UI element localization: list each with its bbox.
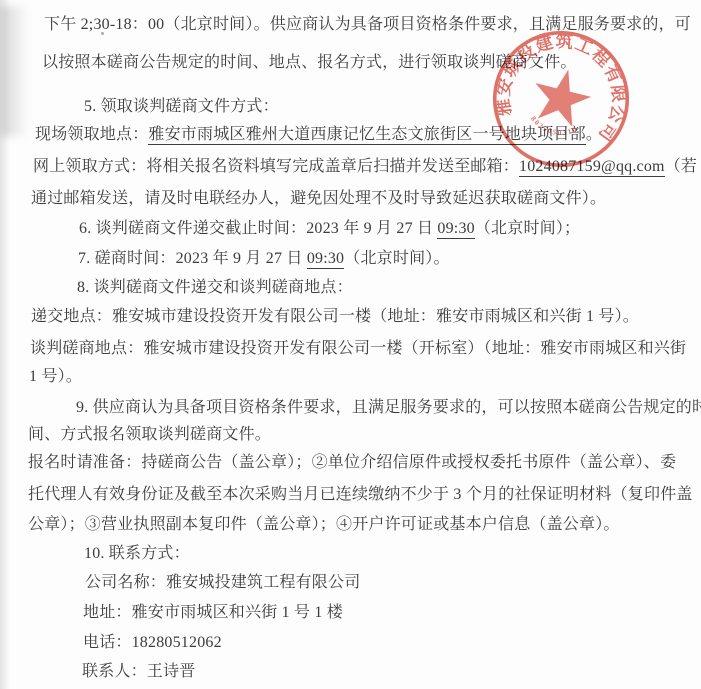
line-company-name: 公司名称：雅安城投建筑工程有限公司: [85, 572, 360, 594]
text-segment: 网上领取方式：将相关报名资料填写完成盖章后扫描并发送至邮箱：: [33, 158, 519, 175]
item-8-locations-heading: 8. 谈判磋商文件递交和谈判磋商地点：: [77, 277, 353, 299]
line-negotiation-location: 谈判磋商地点：雅安城市建设投资开发有限公司一楼（开标室）（地址：雅安市雨城区和兴…: [30, 338, 686, 360]
line-contact-person: 联系人：王诗晋: [82, 661, 195, 683]
text-segment: 7. 磋商时间：2023 年 9 月 27 日: [78, 250, 307, 267]
item-7-negotiation-time: 7. 磋商时间：2023 年 9 月 27 日 09:30（北京时间）。: [78, 248, 450, 270]
text-segment: （北京时间）；: [475, 220, 580, 237]
scan-corner-smudge: [0, 6, 28, 136]
text-segment: 间、方式报名领取谈判磋商文件。: [28, 426, 271, 443]
text-segment: 托代理人有效身份证及截至本次采购当月已连续缴纳不少于 3 个月的社保证明材料（复…: [28, 486, 693, 503]
text-segment: 1 号）。: [29, 368, 82, 385]
line-company-phone: 电话：18280512062: [83, 632, 222, 654]
text-segment: 通过邮箱发送，请及时电联经办人，避免因处理不及时导致延迟获取磋商文件）。: [31, 190, 606, 207]
seal-number-text: 8025050310: [527, 114, 581, 143]
text-segment: （若: [665, 158, 697, 175]
text-segment: 8. 谈判磋商文件递交和谈判磋商地点：: [77, 279, 353, 296]
line-registration-materials-3: 公章）；③营业执照副本复印件（盖公章）；④开户许可证或基本户信息（盖公章）。: [28, 514, 620, 536]
text-segment: 报名时请准备：持磋商公告（盖公章）；②单位介绍信原件或授权委托书原件（盖公章）、…: [28, 454, 676, 471]
text-segment: 5. 领取谈判磋商文件方式：: [84, 98, 279, 115]
scanned-document-page: 下午 2;30-18：00（北京时间）。供应商认为具备项目资格条件要求，且满足服…: [0, 0, 701, 689]
underline-negotiation-time: 09:30: [307, 250, 344, 269]
scan-edge-shadow: [0, 0, 10, 689]
underline-deadline-time: 09:30: [437, 220, 474, 239]
text-segment: （北京时间）。: [344, 250, 449, 267]
line-company-address: 地址：雅安市雨城区和兴街 1 号 1 楼: [83, 602, 343, 624]
text-segment: 公章）；③营业执照副本复印件（盖公章）；④开户许可证或基本户信息（盖公章）。: [28, 516, 620, 533]
line-submission-location: 递交地点：雅安城市建设投资开发有限公司一楼（地址：雅安市雨城区和兴街 1 号）。: [31, 306, 639, 328]
text-segment: 下午 2;30-18：00（北京时间）。供应商认为具备项目资格条件要求，且满足服…: [44, 16, 691, 33]
text-segment: 地址：雅安市雨城区和兴街 1 号 1 楼: [83, 604, 343, 621]
text-segment: 递交地点：雅安城市建设投资开发有限公司一楼（地址：雅安市雨城区和兴街 1 号）。: [31, 308, 639, 325]
text-segment: 9. 供应商认为具备项目资格条件要求，且满足服务要求的，可以按照本磋商公告规定的…: [76, 399, 701, 416]
item-9-registration: 9. 供应商认为具备项目资格条件要求，且满足服务要求的，可以按照本磋商公告规定的…: [76, 397, 701, 419]
text-segment: 电话：18280512062: [83, 634, 222, 651]
svg-text:8025050310: 8025050310: [527, 114, 581, 143]
text-segment: 谈判磋商地点：雅安城市建设投资开发有限公司一楼（开标室）（地址：雅安市雨城区和兴…: [30, 340, 686, 357]
line-online-pickup-note: 通过邮箱发送，请及时电联经办人，避免因处理不及时导致延迟获取磋商文件）。: [31, 188, 606, 210]
text-segment: 公司名称：雅安城投建筑工程有限公司: [85, 574, 360, 591]
line-registration-materials-2: 托代理人有效身份证及截至本次采购当月已连续缴纳不少于 3 个月的社保证明材料（复…: [28, 484, 693, 506]
text-segment: 6. 谈判磋商文件递交截止时间：2023 年 9 月 27 日: [79, 220, 437, 237]
item-9-registration-cont: 间、方式报名领取谈判磋商文件。: [28, 424, 271, 446]
item-10-contact-heading: 10. 联系方式：: [84, 543, 190, 565]
line-negotiation-location-cont: 1 号）。: [29, 366, 82, 388]
item-5-pickup-method-heading: 5. 领取谈判磋商文件方式：: [84, 96, 279, 118]
text-segment: 10. 联系方式：: [84, 545, 190, 562]
text-segment: 联系人：王诗晋: [82, 663, 195, 680]
text-segment: 现场领取地点：: [35, 126, 148, 143]
item-6-submission-deadline: 6. 谈判磋商文件递交截止时间：2023 年 9 月 27 日 09:30（北京…: [79, 218, 580, 240]
line-registration-materials: 报名时请准备：持磋商公告（盖公章）；②单位介绍信原件或授权委托书原件（盖公章）、…: [28, 452, 676, 474]
